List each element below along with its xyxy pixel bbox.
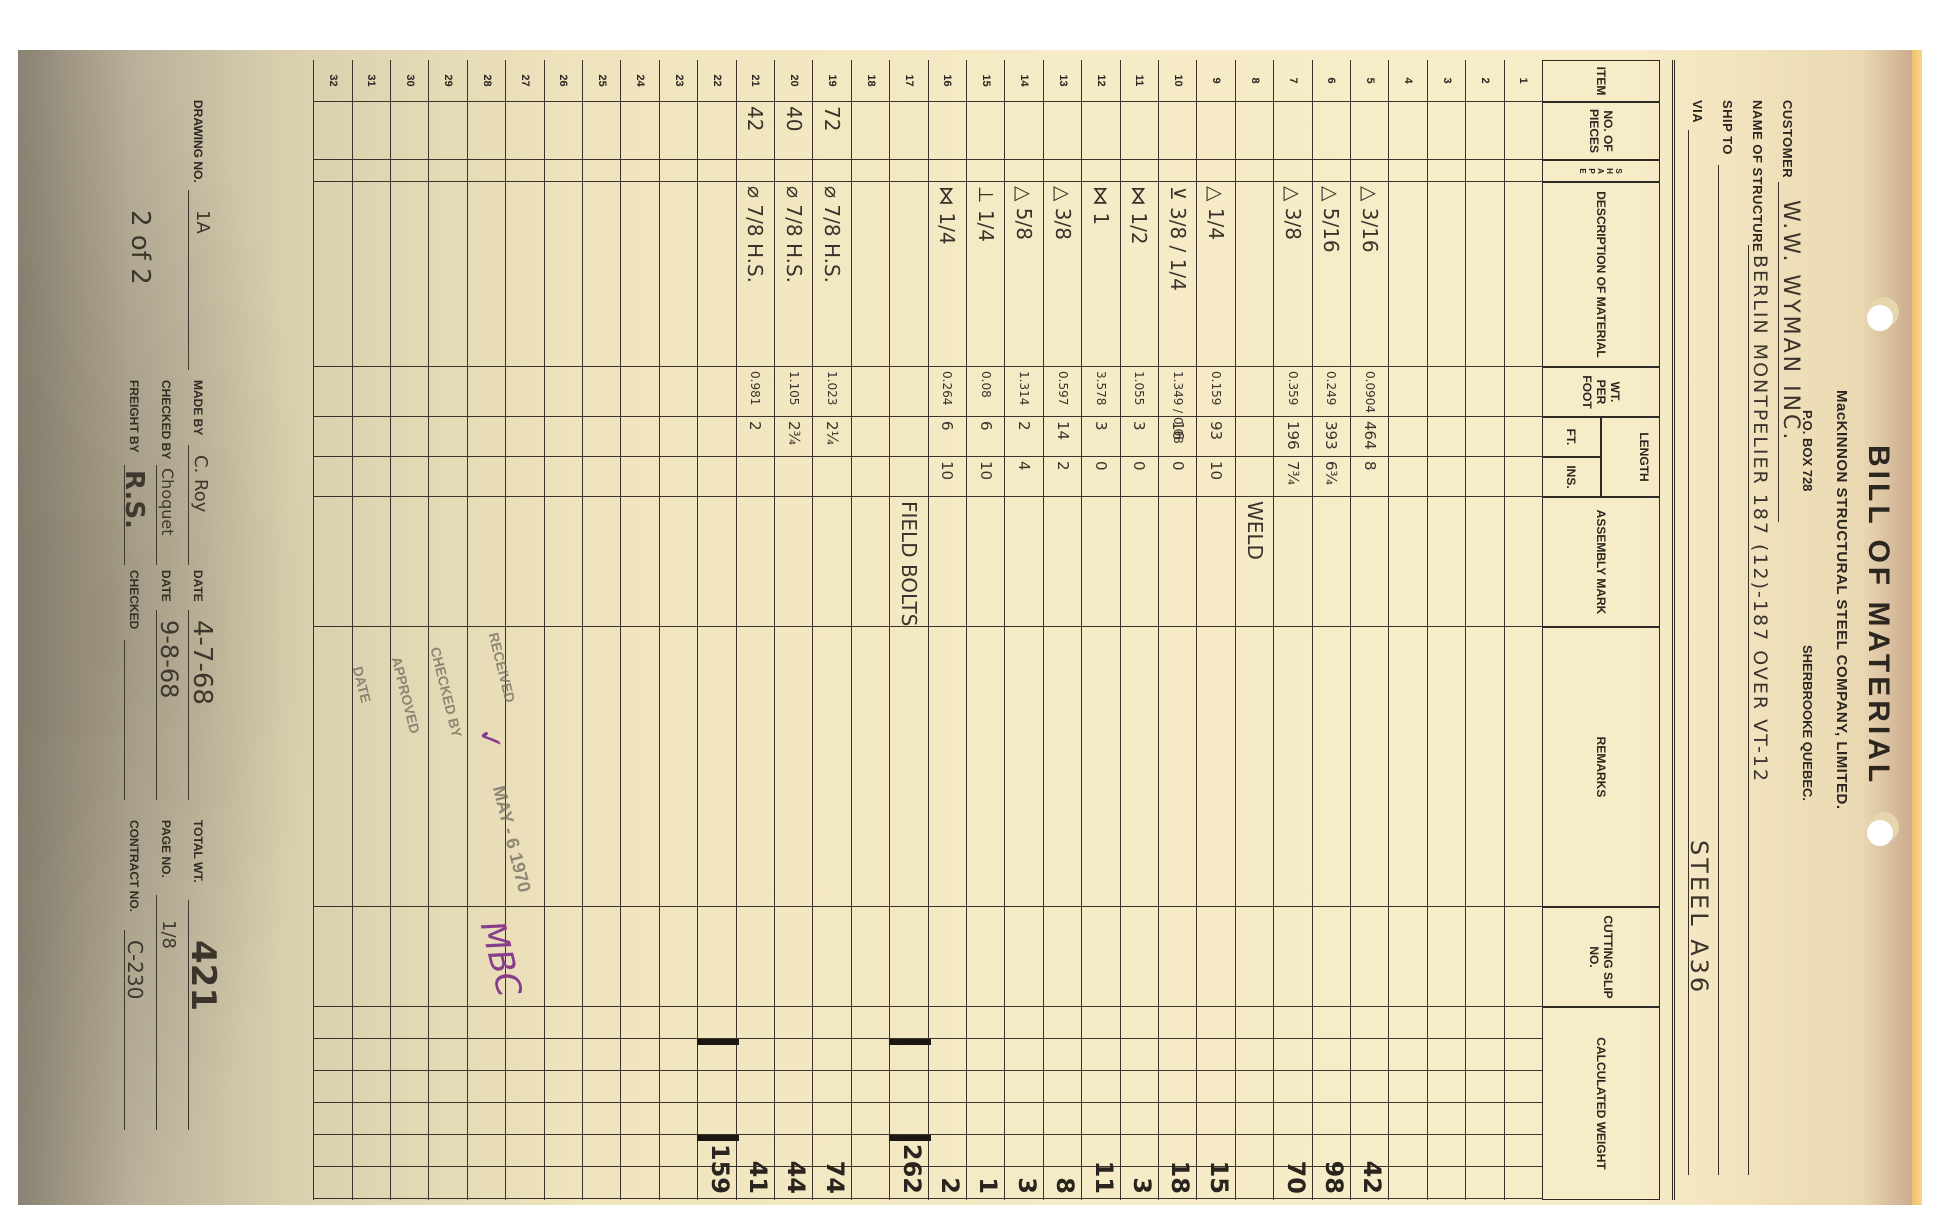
description-cell[interactable]: ⌀ 7/8 H.S. [737, 182, 774, 367]
shape-cell[interactable] [1121, 160, 1158, 182]
length-ins-cell[interactable]: 0 [1121, 457, 1158, 497]
length-ft-cell[interactable]: 393 [1313, 417, 1350, 457]
length-ins-cell[interactable] [737, 457, 774, 497]
length-ins-cell[interactable] [468, 457, 505, 497]
assembly-mark-cell[interactable] [506, 497, 543, 627]
assembly-mark-cell[interactable] [1313, 497, 1350, 627]
wt-per-foot-cell[interactable]: 1.055 [1121, 367, 1158, 417]
wt-per-foot-cell[interactable] [353, 367, 390, 417]
description-cell[interactable] [429, 182, 466, 367]
length-ft-cell[interactable]: 6 [967, 417, 1004, 457]
length-ft-cell[interactable] [852, 417, 889, 457]
shape-cell[interactable] [1005, 160, 1042, 182]
description-cell[interactable] [621, 182, 658, 367]
remarks-cell[interactable] [890, 627, 927, 907]
wt-per-foot-cell[interactable] [468, 367, 505, 417]
length-ins-cell[interactable] [698, 457, 735, 497]
cutting-slip-cell[interactable] [813, 907, 850, 1007]
pieces-cell[interactable] [545, 102, 582, 160]
total-wt-field[interactable]: 421 [183, 940, 223, 1011]
wt-per-foot-cell[interactable]: 0.597 [1044, 367, 1081, 417]
calculated-weight-value[interactable]: 70 [1282, 1161, 1310, 1194]
length-ft-cell[interactable] [391, 417, 428, 457]
length-ins-cell[interactable]: 0 [1082, 457, 1119, 497]
pieces-cell[interactable]: 40 [775, 102, 812, 160]
cutting-slip-cell[interactable] [1505, 907, 1542, 1007]
assembly-mark-cell[interactable] [583, 497, 620, 627]
wt-per-foot-cell[interactable]: 0.0904 [1351, 367, 1388, 417]
description-cell[interactable]: ⊥ 1/4 [967, 182, 1004, 367]
wt-per-foot-cell[interactable] [545, 367, 582, 417]
length-ft-cell[interactable]: 3 [1082, 417, 1119, 457]
calculated-weight-value[interactable]: 3 [1013, 1177, 1041, 1194]
pieces-cell[interactable] [391, 102, 428, 160]
cutting-slip-cell[interactable] [1236, 907, 1273, 1007]
length-ins-cell[interactable] [890, 457, 927, 497]
pieces-cell[interactable] [468, 102, 505, 160]
assembly-mark-cell[interactable] [775, 497, 812, 627]
shape-cell[interactable] [737, 160, 774, 182]
length-ins-cell[interactable] [314, 457, 351, 497]
cutting-slip-cell[interactable] [1082, 907, 1119, 1007]
description-cell[interactable]: ⋈ 1/2 [1121, 182, 1158, 367]
pieces-cell[interactable]: 72 [813, 102, 850, 160]
length-ins-cell[interactable]: 10 [929, 457, 966, 497]
length-ft-cell[interactable] [660, 417, 697, 457]
length-ins-cell[interactable]: 8 [1351, 457, 1388, 497]
description-cell[interactable]: ⌀ 7/8 H.S. [775, 182, 812, 367]
description-cell[interactable]: △ 3/16 [1351, 182, 1388, 367]
pieces-cell[interactable] [1044, 102, 1081, 160]
drawing-no-field[interactable]: 1A [192, 210, 213, 234]
calculated-weight-value[interactable]: 41 [744, 1161, 772, 1194]
wt-per-foot-cell[interactable] [1389, 367, 1426, 417]
wt-per-foot-cell[interactable]: 0.264 [929, 367, 966, 417]
description-cell[interactable]: △ 1/4 [1197, 182, 1234, 367]
shape-cell[interactable] [698, 160, 735, 182]
remarks-cell[interactable] [1505, 627, 1542, 907]
cutting-slip-cell[interactable] [1121, 907, 1158, 1007]
length-ins-cell[interactable]: 2 [1044, 457, 1081, 497]
length-ft-cell[interactable]: 2¼ [813, 417, 850, 457]
cutting-slip-cell[interactable] [621, 907, 658, 1007]
length-ins-cell[interactable] [1389, 457, 1426, 497]
cutting-slip-cell[interactable] [1274, 907, 1311, 1007]
length-ft-cell[interactable] [1505, 417, 1542, 457]
length-ft-cell[interactable]: 93 [1197, 417, 1234, 457]
cutting-slip-cell[interactable] [929, 907, 966, 1007]
length-ft-cell[interactable]: 14 [1044, 417, 1081, 457]
remarks-cell[interactable] [929, 627, 966, 907]
pieces-cell[interactable] [1466, 102, 1503, 160]
assembly-mark-cell[interactable] [929, 497, 966, 627]
pieces-cell[interactable] [1351, 102, 1388, 160]
wt-per-foot-cell[interactable] [506, 367, 543, 417]
length-ins-cell[interactable] [852, 457, 889, 497]
cutting-slip-cell[interactable] [1313, 907, 1350, 1007]
length-ft-cell[interactable]: 196 [1274, 417, 1311, 457]
pieces-cell[interactable] [1389, 102, 1426, 160]
length-ins-cell[interactable] [813, 457, 850, 497]
description-cell[interactable] [314, 182, 351, 367]
calculated-weight-value[interactable]: 262 [898, 1144, 926, 1194]
wt-per-foot-cell[interactable]: 3.578 [1082, 367, 1119, 417]
cutting-slip-cell[interactable] [1159, 907, 1196, 1007]
wt-per-foot-cell[interactable]: 1.314 [1005, 367, 1042, 417]
shape-cell[interactable] [1466, 160, 1503, 182]
shape-cell[interactable] [545, 160, 582, 182]
assembly-mark-cell[interactable] [314, 497, 351, 627]
assembly-mark-cell[interactable] [813, 497, 850, 627]
length-ins-cell[interactable] [660, 457, 697, 497]
length-ft-cell[interactable] [890, 417, 927, 457]
shape-cell[interactable] [813, 160, 850, 182]
shape-cell[interactable] [929, 160, 966, 182]
description-cell[interactable] [1389, 182, 1426, 367]
length-ft-cell[interactable]: 2 [737, 417, 774, 457]
remarks-cell[interactable] [1005, 627, 1042, 907]
shape-cell[interactable] [852, 160, 889, 182]
wt-per-foot-cell[interactable]: 1.349 / 0.08 [1159, 367, 1196, 417]
cutting-slip-cell[interactable] [1389, 907, 1426, 1007]
length-ins-cell[interactable]: 10 [967, 457, 1004, 497]
shape-cell[interactable] [391, 160, 428, 182]
shape-cell[interactable] [1197, 160, 1234, 182]
cutting-slip-cell[interactable] [1351, 907, 1388, 1007]
calculated-weight-value[interactable]: 42 [1358, 1161, 1386, 1194]
pieces-cell[interactable] [1428, 102, 1465, 160]
length-ft-cell[interactable] [583, 417, 620, 457]
pieces-cell[interactable] [698, 102, 735, 160]
pieces-cell[interactable] [314, 102, 351, 160]
remarks-cell[interactable] [1236, 627, 1273, 907]
remarks-cell[interactable] [1082, 627, 1119, 907]
checked-by-field[interactable]: Choquet [158, 468, 177, 536]
assembly-mark-cell[interactable] [391, 497, 428, 627]
shape-cell[interactable] [1313, 160, 1350, 182]
pieces-cell[interactable] [1005, 102, 1042, 160]
cutting-slip-cell[interactable] [775, 907, 812, 1007]
assembly-mark-cell[interactable] [1044, 497, 1081, 627]
wt-per-foot-cell[interactable] [1505, 367, 1542, 417]
wt-per-foot-cell[interactable]: 1.023 [813, 367, 850, 417]
description-cell[interactable] [506, 182, 543, 367]
assembly-mark-cell[interactable] [737, 497, 774, 627]
length-ft-cell[interactable]: 6 [929, 417, 966, 457]
shape-cell[interactable] [429, 160, 466, 182]
shape-cell[interactable] [890, 160, 927, 182]
remarks-cell[interactable] [1159, 627, 1196, 907]
assembly-mark-cell[interactable] [1274, 497, 1311, 627]
length-ft-cell[interactable] [468, 417, 505, 457]
description-cell[interactable] [545, 182, 582, 367]
length-ft-cell[interactable]: 16 [1159, 417, 1196, 457]
description-cell[interactable] [890, 182, 927, 367]
cutting-slip-cell[interactable] [314, 907, 351, 1007]
remarks-cell[interactable] [852, 627, 889, 907]
description-cell[interactable] [698, 182, 735, 367]
description-cell[interactable] [1428, 182, 1465, 367]
length-ins-cell[interactable] [506, 457, 543, 497]
description-cell[interactable] [1236, 182, 1273, 367]
description-cell[interactable]: △ 3/8 [1044, 182, 1081, 367]
pieces-cell[interactable] [660, 102, 697, 160]
assembly-mark-cell[interactable] [545, 497, 582, 627]
assembly-mark-cell[interactable] [1351, 497, 1388, 627]
length-ft-cell[interactable] [1389, 417, 1426, 457]
pieces-cell[interactable] [1159, 102, 1196, 160]
length-ins-cell[interactable]: 0 [1159, 457, 1196, 497]
pieces-cell[interactable] [1121, 102, 1158, 160]
wt-per-foot-cell[interactable] [698, 367, 735, 417]
assembly-mark-cell[interactable] [660, 497, 697, 627]
calculated-weight-value[interactable]: 2 [936, 1177, 964, 1194]
calculated-weight-value[interactable]: 3 [1128, 1177, 1156, 1194]
assembly-mark-cell[interactable]: FIELD BOLTS [890, 497, 927, 627]
description-cell[interactable]: △ 5/8 [1005, 182, 1042, 367]
assembly-mark-cell[interactable] [1389, 497, 1426, 627]
assembly-mark-cell[interactable] [468, 497, 505, 627]
freight-by-field[interactable]: R.S. [119, 470, 149, 529]
remarks-cell[interactable] [583, 627, 620, 907]
length-ins-cell[interactable] [775, 457, 812, 497]
remarks-cell[interactable] [1313, 627, 1350, 907]
pieces-cell[interactable] [1082, 102, 1119, 160]
assembly-mark-cell[interactable] [967, 497, 1004, 627]
made-date-field[interactable]: 4-7-68 [187, 620, 217, 705]
checked-date-field[interactable]: 9-8-68 [155, 620, 183, 698]
wt-per-foot-cell[interactable] [583, 367, 620, 417]
shape-cell[interactable] [506, 160, 543, 182]
length-ft-cell[interactable]: 2 [1005, 417, 1042, 457]
description-cell[interactable] [583, 182, 620, 367]
wt-per-foot-cell[interactable] [1428, 367, 1465, 417]
assembly-mark-cell[interactable] [353, 497, 390, 627]
calculated-weight-value[interactable]: 18 [1166, 1161, 1194, 1194]
assembly-mark-cell[interactable] [1121, 497, 1158, 627]
calculated-weight-value[interactable]: 98 [1320, 1161, 1348, 1194]
calculated-weight-value[interactable]: 11 [1090, 1161, 1118, 1194]
customer-field[interactable]: W.W. WYMAN INC. [1778, 200, 1803, 442]
shape-cell[interactable] [1505, 160, 1542, 182]
assembly-mark-cell[interactable] [1159, 497, 1196, 627]
wt-per-foot-cell[interactable]: 0.359 [1274, 367, 1311, 417]
wt-per-foot-cell[interactable] [852, 367, 889, 417]
shape-cell[interactable] [583, 160, 620, 182]
remarks-cell[interactable] [967, 627, 1004, 907]
description-cell[interactable] [660, 182, 697, 367]
remarks-cell[interactable] [1044, 627, 1081, 907]
description-cell[interactable] [391, 182, 428, 367]
pieces-cell[interactable] [621, 102, 658, 160]
cutting-slip-cell[interactable] [1044, 907, 1081, 1007]
assembly-mark-cell[interactable] [698, 497, 735, 627]
remarks-cell[interactable] [1121, 627, 1158, 907]
length-ft-cell[interactable] [621, 417, 658, 457]
pieces-cell[interactable] [506, 102, 543, 160]
assembly-mark-cell[interactable] [1005, 497, 1042, 627]
cutting-slip-cell[interactable] [967, 907, 1004, 1007]
wt-per-foot-cell[interactable] [660, 367, 697, 417]
wt-per-foot-cell[interactable]: 0.249 [1313, 367, 1350, 417]
pieces-cell[interactable] [1313, 102, 1350, 160]
remarks-cell[interactable] [813, 627, 850, 907]
remarks-cell[interactable] [1351, 627, 1388, 907]
pieces-cell[interactable] [1197, 102, 1234, 160]
length-ft-cell[interactable] [429, 417, 466, 457]
assembly-mark-cell[interactable] [852, 497, 889, 627]
remarks-cell[interactable] [1274, 627, 1311, 907]
length-ins-cell[interactable] [391, 457, 428, 497]
description-cell[interactable] [1466, 182, 1503, 367]
contract-no-field[interactable]: C-230 [123, 940, 147, 999]
remarks-cell[interactable] [1389, 627, 1426, 907]
assembly-mark-cell[interactable]: WELD [1236, 497, 1273, 627]
description-cell[interactable]: ⊻ 3/8 / 1/4 [1159, 182, 1196, 367]
shape-cell[interactable] [468, 160, 505, 182]
shape-cell[interactable] [1274, 160, 1311, 182]
remarks-cell[interactable] [1428, 627, 1465, 907]
length-ins-cell[interactable] [353, 457, 390, 497]
wt-per-foot-cell[interactable] [621, 367, 658, 417]
remarks-cell[interactable] [775, 627, 812, 907]
pieces-cell[interactable] [1236, 102, 1273, 160]
shape-cell[interactable] [314, 160, 351, 182]
cutting-slip-cell[interactable] [1005, 907, 1042, 1007]
length-ft-cell[interactable] [545, 417, 582, 457]
remarks-cell[interactable] [1197, 627, 1234, 907]
assembly-mark-cell[interactable] [621, 497, 658, 627]
length-ins-cell[interactable] [429, 457, 466, 497]
shape-cell[interactable] [1044, 160, 1081, 182]
length-ft-cell[interactable] [314, 417, 351, 457]
length-ins-cell[interactable]: 4 [1005, 457, 1042, 497]
shape-cell[interactable] [967, 160, 1004, 182]
remarks-cell[interactable] [737, 627, 774, 907]
remarks-cell[interactable] [1466, 627, 1503, 907]
pieces-cell[interactable] [929, 102, 966, 160]
assembly-mark-cell[interactable] [1428, 497, 1465, 627]
pieces-cell[interactable] [1274, 102, 1311, 160]
wt-per-foot-cell[interactable]: 0.08 [967, 367, 1004, 417]
shape-cell[interactable] [1082, 160, 1119, 182]
pieces-cell[interactable]: 42 [737, 102, 774, 160]
calculated-weight-value[interactable]: 8 [1051, 1177, 1079, 1194]
wt-per-foot-cell[interactable]: 1.105 [775, 367, 812, 417]
remarks-cell[interactable] [660, 627, 697, 907]
calculated-weight-value[interactable]: 74 [821, 1161, 849, 1194]
cutting-slip-cell[interactable] [1466, 907, 1503, 1007]
description-cell[interactable] [353, 182, 390, 367]
length-ins-cell[interactable] [621, 457, 658, 497]
wt-per-foot-cell[interactable] [1466, 367, 1503, 417]
assembly-mark-cell[interactable] [1082, 497, 1119, 627]
pieces-cell[interactable] [353, 102, 390, 160]
page-no-field[interactable]: 1/8 [158, 920, 179, 949]
pieces-cell[interactable] [1505, 102, 1542, 160]
pieces-cell[interactable] [429, 102, 466, 160]
calculated-weight-value[interactable]: 159 [706, 1144, 734, 1194]
pieces-cell[interactable] [890, 102, 927, 160]
length-ins-cell[interactable] [1428, 457, 1465, 497]
assembly-mark-cell[interactable] [1505, 497, 1542, 627]
remarks-cell[interactable] [698, 627, 735, 907]
description-cell[interactable]: △ 3/8 [1274, 182, 1311, 367]
shape-cell[interactable] [1351, 160, 1388, 182]
cutting-slip-cell[interactable] [1197, 907, 1234, 1007]
wt-per-foot-cell[interactable]: 0.981 [737, 367, 774, 417]
pieces-cell[interactable] [583, 102, 620, 160]
length-ins-cell[interactable]: 7¾ [1274, 457, 1311, 497]
wt-per-foot-cell[interactable] [890, 367, 927, 417]
description-cell[interactable]: ⋈ 1/4 [929, 182, 966, 367]
length-ft-cell[interactable] [506, 417, 543, 457]
length-ft-cell[interactable] [698, 417, 735, 457]
description-cell[interactable] [1505, 182, 1542, 367]
remarks-cell[interactable] [621, 627, 658, 907]
cutting-slip-cell[interactable] [660, 907, 697, 1007]
wt-per-foot-cell[interactable] [1236, 367, 1273, 417]
shape-cell[interactable] [775, 160, 812, 182]
calculated-weight-value[interactable]: 1 [974, 1177, 1002, 1194]
shape-cell[interactable] [621, 160, 658, 182]
length-ft-cell[interactable] [1428, 417, 1465, 457]
length-ft-cell[interactable] [1466, 417, 1503, 457]
description-cell[interactable]: △ 5/16 [1313, 182, 1350, 367]
length-ins-cell[interactable] [1505, 457, 1542, 497]
shape-cell[interactable] [1159, 160, 1196, 182]
shape-cell[interactable] [1389, 160, 1426, 182]
length-ft-cell[interactable] [353, 417, 390, 457]
shape-cell[interactable] [1236, 160, 1273, 182]
structure-field[interactable]: BERLIN MONTPELIER 187 (12)-187 OVER VT-1… [1749, 255, 1771, 783]
length-ins-cell[interactable] [583, 457, 620, 497]
length-ins-cell[interactable] [1236, 457, 1273, 497]
length-ins-cell[interactable] [545, 457, 582, 497]
cutting-slip-cell[interactable] [698, 907, 735, 1007]
pieces-cell[interactable] [967, 102, 1004, 160]
length-ft-cell[interactable] [1236, 417, 1273, 457]
description-cell[interactable] [468, 182, 505, 367]
shape-cell[interactable] [1428, 160, 1465, 182]
cutting-slip-cell[interactable] [737, 907, 774, 1007]
calculated-weight-value[interactable]: 44 [782, 1161, 810, 1194]
length-ins-cell[interactable] [1466, 457, 1503, 497]
cutting-slip-cell[interactable] [890, 907, 927, 1007]
length-ft-cell[interactable]: 2¾ [775, 417, 812, 457]
assembly-mark-cell[interactable] [429, 497, 466, 627]
description-cell[interactable]: ⋈ 1 [1082, 182, 1119, 367]
cutting-slip-cell[interactable] [852, 907, 889, 1007]
shape-cell[interactable] [660, 160, 697, 182]
wt-per-foot-cell[interactable] [314, 367, 351, 417]
description-cell[interactable] [852, 182, 889, 367]
shape-cell[interactable] [353, 160, 390, 182]
length-ins-cell[interactable]: 6¾ [1313, 457, 1350, 497]
length-ins-cell[interactable]: 10 [1197, 457, 1234, 497]
description-cell[interactable]: ⌀ 7/8 H.S. [813, 182, 850, 367]
pieces-cell[interactable] [852, 102, 889, 160]
assembly-mark-cell[interactable] [1197, 497, 1234, 627]
calculated-weight-value[interactable]: 15 [1205, 1161, 1233, 1194]
assembly-mark-cell[interactable] [1466, 497, 1503, 627]
cutting-slip-cell[interactable] [1428, 907, 1465, 1007]
length-ft-cell[interactable]: 3 [1121, 417, 1158, 457]
wt-per-foot-cell[interactable] [429, 367, 466, 417]
wt-per-foot-cell[interactable] [391, 367, 428, 417]
made-by-field[interactable]: C. Roy [190, 455, 211, 512]
wt-per-foot-cell[interactable]: 0.159 [1197, 367, 1234, 417]
